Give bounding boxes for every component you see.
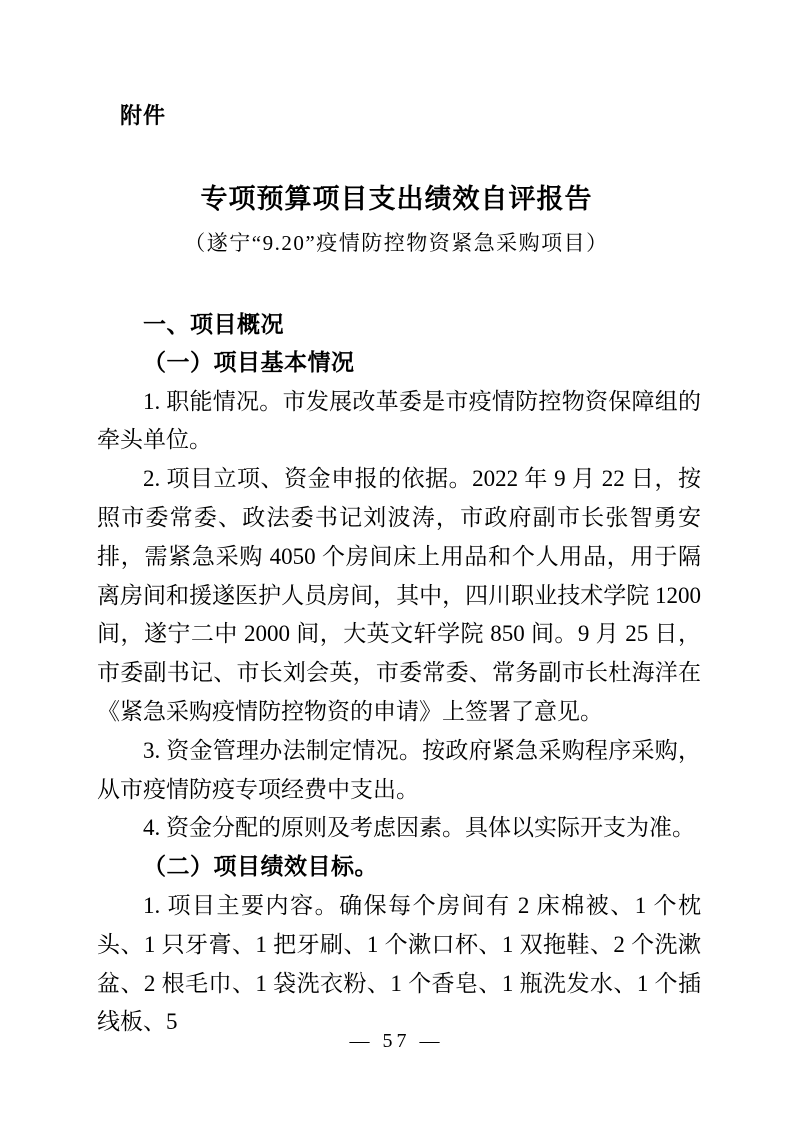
section-heading-project-overview: 一、项目概况 <box>97 305 701 344</box>
paragraph-project-main-content: 1. 项目主要内容。确保每个房间有 2 床棉被、1 个枕头、1 只牙膏、1 把牙… <box>97 887 701 1042</box>
document-title: 专项预算项目支出绩效自评报告 <box>0 181 793 217</box>
paragraph-functions: 1. 职能情况。市发展改革委是市疫情防控物资保障组的牵头单位。 <box>97 383 701 461</box>
document-body: 一、项目概况 （一）项目基本情况 1. 职能情况。市发展改革委是市疫情防控物资保… <box>97 305 701 1042</box>
subsection-heading-project-basic-info: （一）项目基本情况 <box>97 344 701 383</box>
document-page: 附件 专项预算项目支出绩效自评报告 （遂宁“9.20”疫情防控物资紧急采购项目）… <box>0 0 793 1122</box>
paragraph-approval-and-funding-basis: 2. 项目立项、资金申报的依据。2022 年 9 月 22 日，按照市委常委、政… <box>97 460 701 732</box>
page-number: — 57 — <box>0 1028 793 1054</box>
paragraph-fund-management-measures: 3. 资金管理办法制定情况。按政府紧急采购程序采购，从市疫情防疫专项经费中支出。 <box>97 732 701 810</box>
subsection-heading-performance-goals: （二）项目绩效目标。 <box>97 848 701 887</box>
paragraph-fund-allocation-principles: 4. 资金分配的原则及考虑因素。具体以实际开支为准。 <box>97 809 701 848</box>
attachment-label: 附件 <box>120 101 166 131</box>
document-subtitle: （遂宁“9.20”疫情防控物资紧急采购项目） <box>0 227 793 259</box>
